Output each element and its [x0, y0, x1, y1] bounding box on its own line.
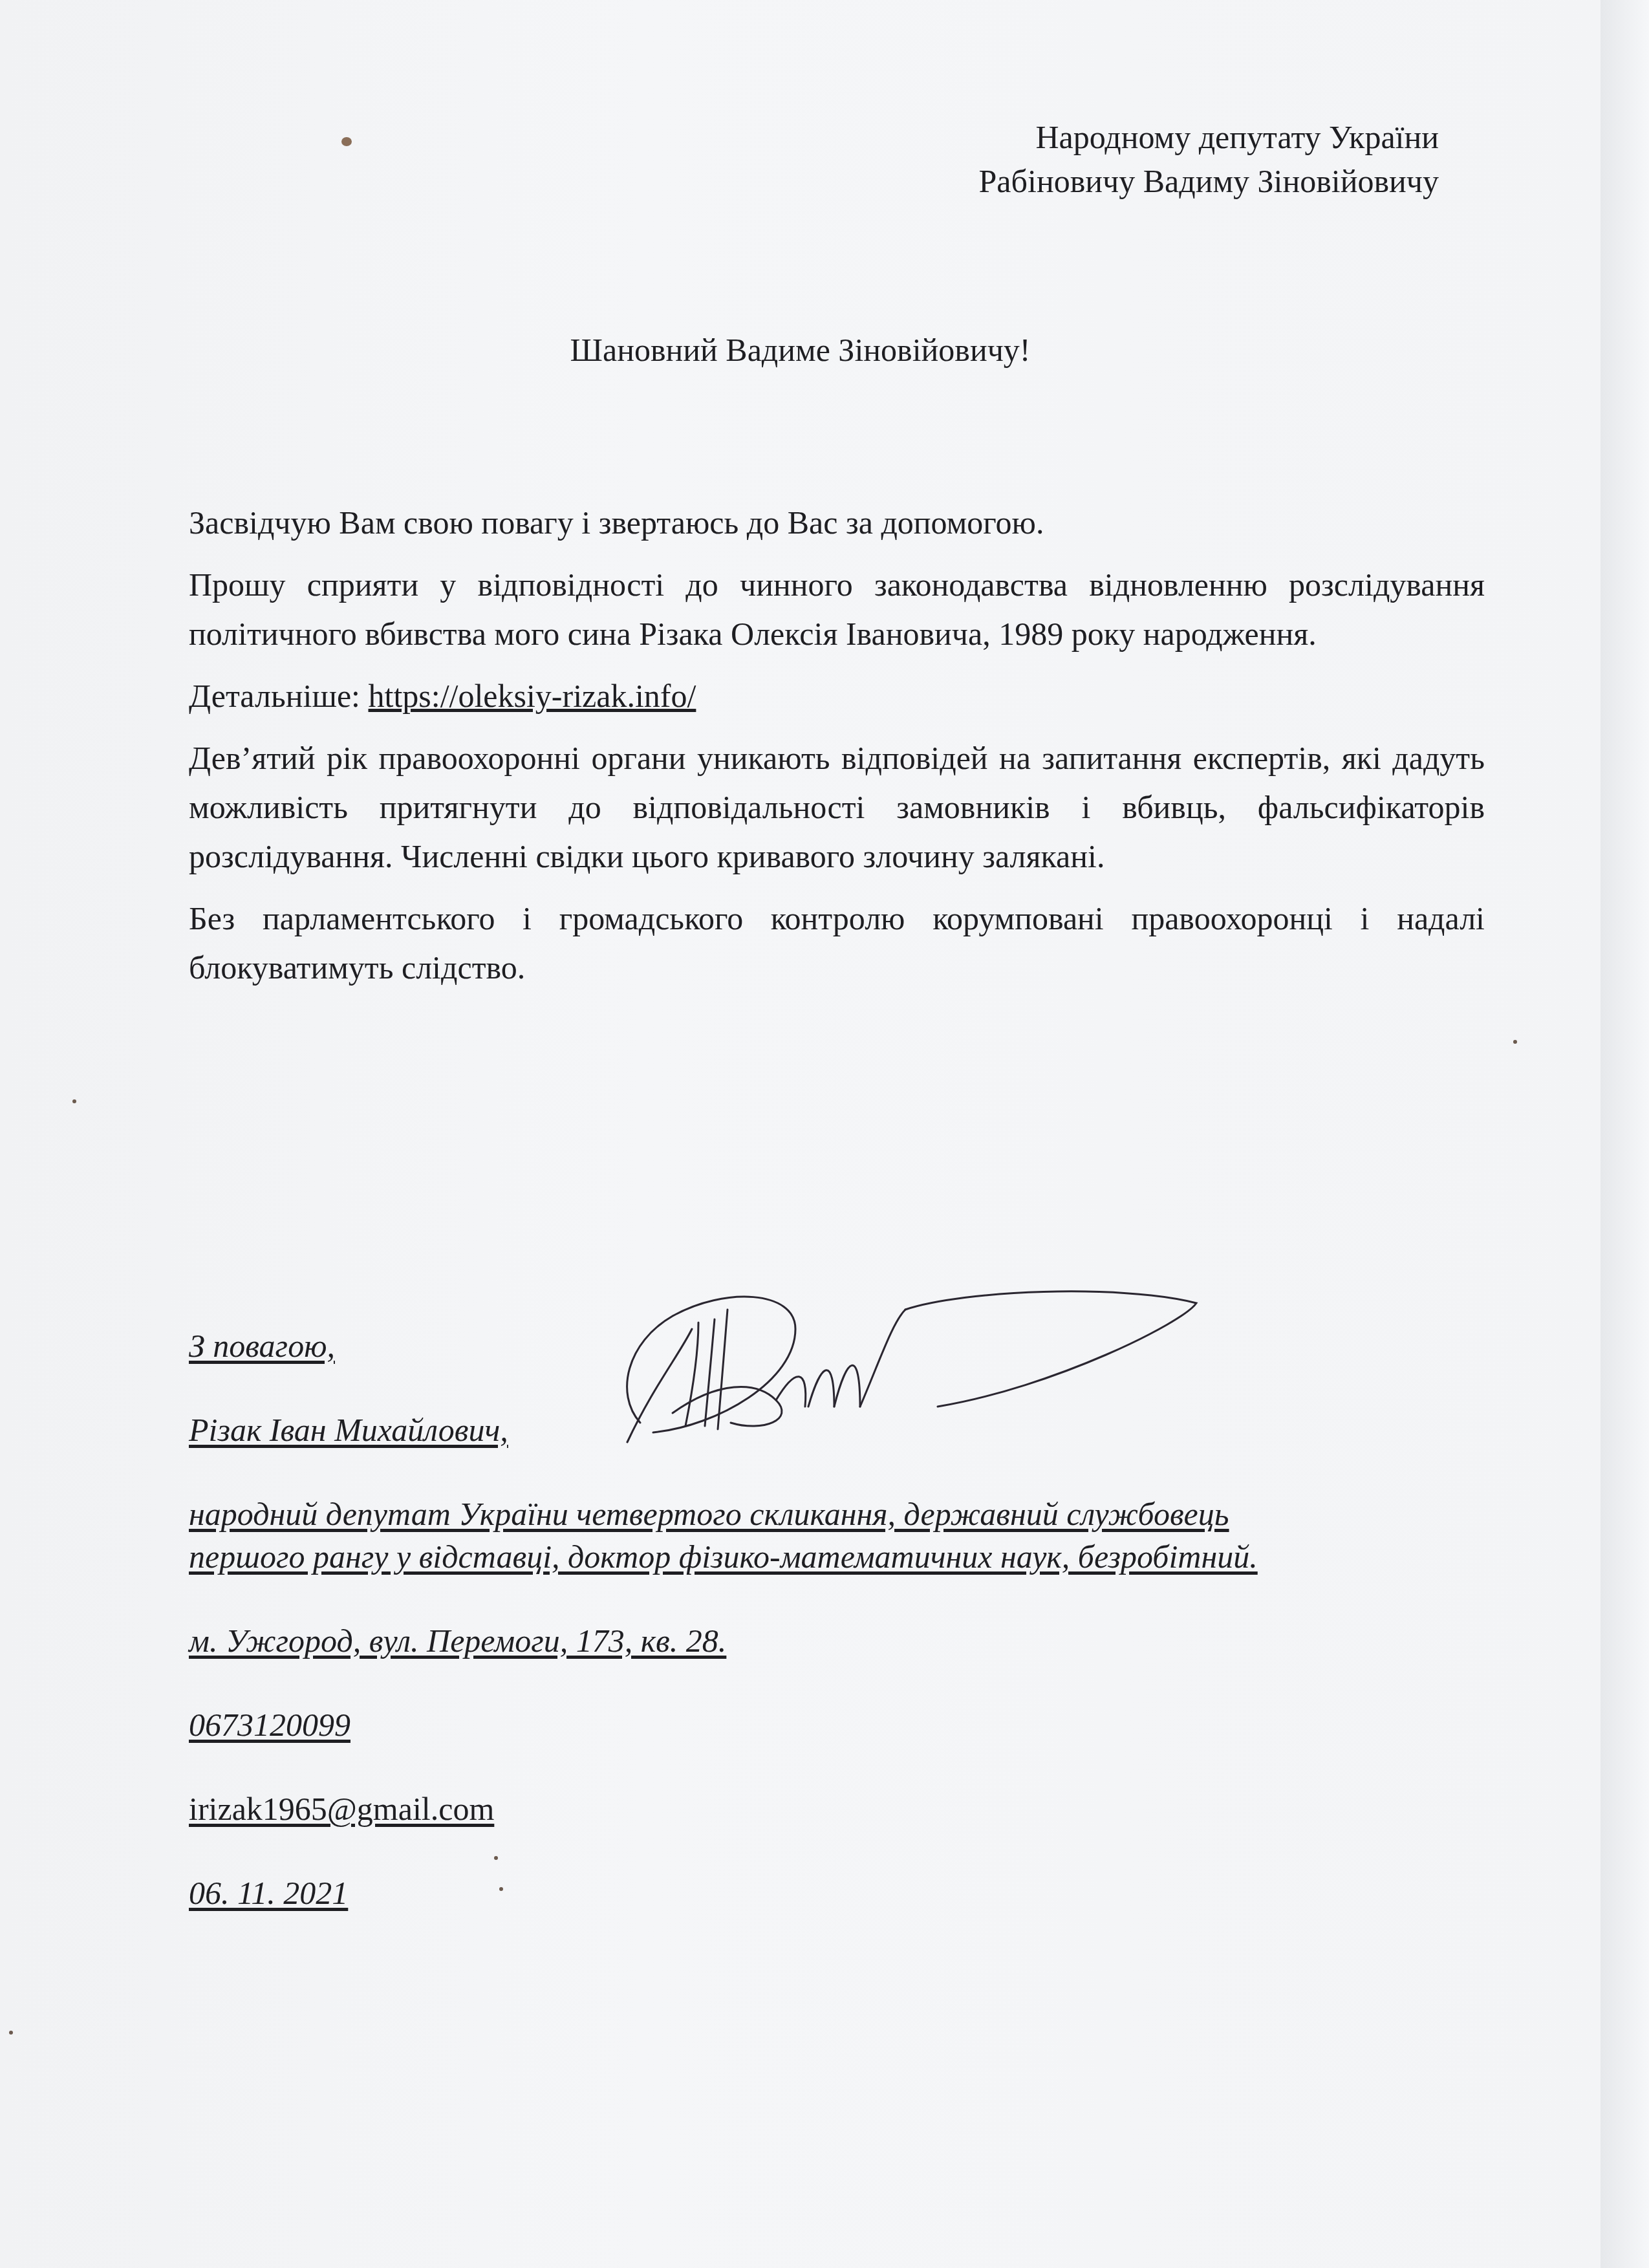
paragraph-respect: Засвідчую Вам свою повагу і звертаюсь до…	[189, 498, 1485, 547]
signature-block: З повагою, Різак Іван Михайлович, народн…	[189, 1324, 1485, 1956]
paper-speck	[499, 1887, 503, 1891]
signer-name: Різак Іван Михайлович,	[189, 1409, 1485, 1451]
letter-page: Народному депутату України Рабіновичу Ва…	[0, 0, 1600, 2268]
addressee-title: Народному депутату України	[979, 115, 1439, 159]
signer-title-line2: першого рангу у відставці, доктор фізико…	[189, 1535, 1485, 1578]
signer-email[interactable]: irizak1965@gmail.com	[189, 1787, 1485, 1830]
scan-edge	[1600, 0, 1649, 2268]
letter-date: 06. 11. 2021	[189, 1872, 1485, 1914]
paper-speck	[9, 2031, 13, 2035]
closing: З повагою,	[189, 1324, 1485, 1367]
paper-speck	[494, 1856, 498, 1860]
paper-speck	[341, 137, 352, 146]
details-link[interactable]: https://oleksiy-rizak.info/	[369, 678, 696, 714]
signer-title-line1: народний депутат України четвертого скли…	[189, 1493, 1485, 1535]
paragraph-control: Без парламентського і громадського контр…	[189, 894, 1485, 992]
paragraph-request: Прошу сприяти у відповідності до чинного…	[189, 560, 1485, 658]
signer-phone: 0673120099	[189, 1703, 1485, 1746]
paper-speck	[72, 1099, 76, 1103]
letter-body: Засвідчую Вам свою повагу і звертаюсь до…	[189, 498, 1485, 1005]
details-label: Детальніше:	[189, 678, 369, 714]
paragraph-investigation: Дев’ятий рік правоохоронні органи уникаю…	[189, 733, 1485, 881]
signer-address: м. Ужгород, вул. Перемоги, 173, кв. 28.	[189, 1619, 1485, 1662]
addressee-block: Народному депутату України Рабіновичу Ва…	[979, 115, 1439, 203]
paragraph-details: Детальніше: https://oleksiy-rizak.info/	[189, 671, 1485, 720]
addressee-name: Рабіновичу Вадиму Зіновійовичу	[979, 159, 1439, 203]
salutation: Шановний Вадиме Зіновійовичу!	[0, 331, 1600, 369]
paper-speck	[1513, 1040, 1517, 1044]
